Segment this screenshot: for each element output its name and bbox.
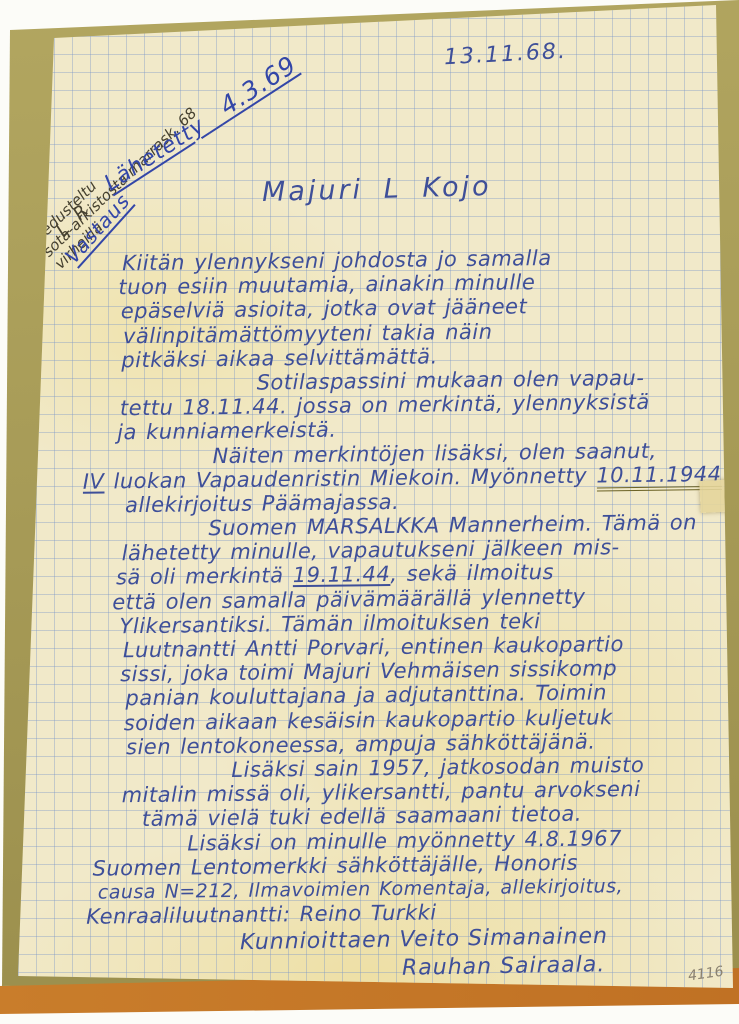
closing-signature: Kunnioittaen Veito Simanainen	[240, 924, 608, 955]
letter-line-text: , sekä ilmoitus	[390, 560, 554, 586]
pencil-mark: 4116	[687, 964, 725, 985]
sent-note-date: 4.3.69	[214, 50, 302, 121]
underlined-text: IV	[83, 469, 105, 493]
underlined-date: 19.11.44	[293, 562, 391, 587]
letter-photo: 13.11.68. Tiedusteltu sota-arkistosta ma…	[0, 0, 739, 1024]
letter-date: 13.11.68.	[443, 39, 567, 70]
letter-body: Kiitän ylennykseni johdosta jo samalla t…	[60, 244, 739, 929]
salutation: Majuri L Kojo	[262, 171, 492, 208]
closing-place: Rauhan Sairaala.	[402, 952, 606, 981]
letter-paper: 13.11.68. Tiedusteltu sota-arkistosta ma…	[0, 0, 739, 1024]
letter-line-text: sä oli merkintä	[116, 564, 293, 590]
sent-note: Lähetetty 4.3.69	[98, 50, 302, 196]
letter-line: IV luokan Vapaudenristin Miekoin. Myönne…	[83, 461, 739, 493]
